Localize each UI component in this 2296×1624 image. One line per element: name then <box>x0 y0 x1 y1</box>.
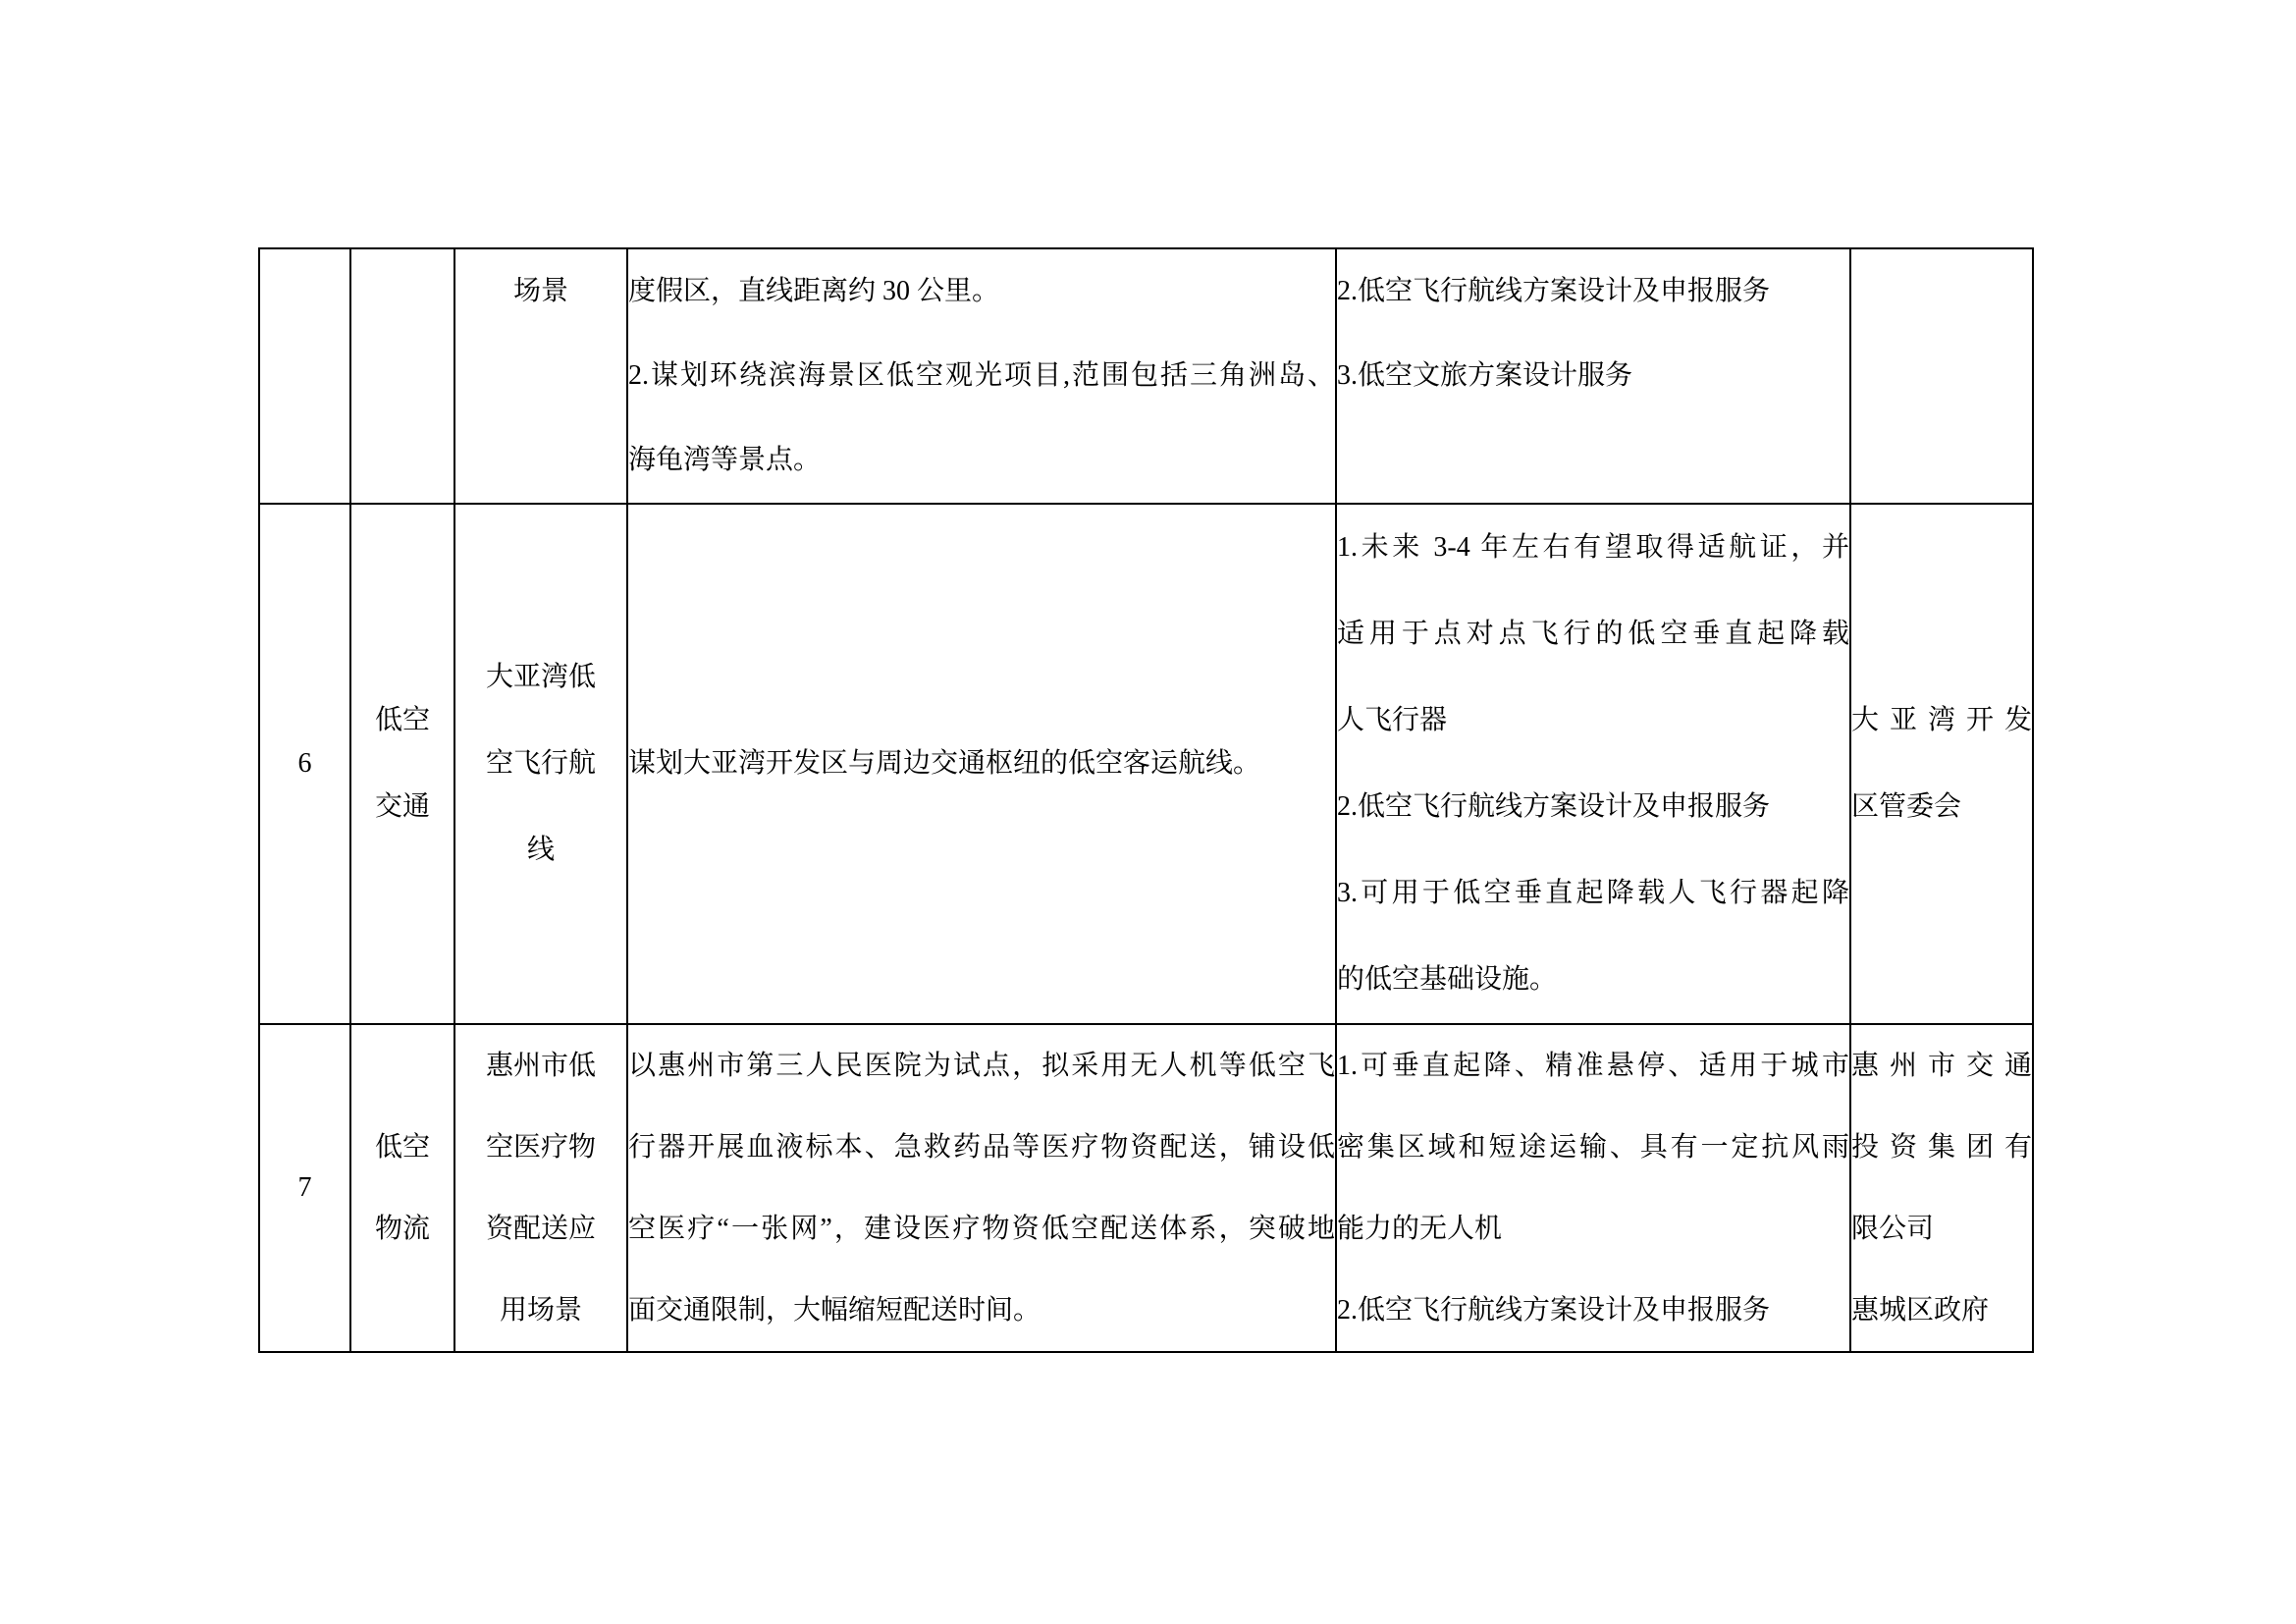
table-row: 6 低空交通 大亚湾低空飞行航线 谋划大亚湾开发区与周边交通枢纽的低空客运航线。… <box>259 504 2033 1024</box>
text-line: 度假区，直线距离约 30 公里。 <box>628 249 1335 334</box>
text-line: 惠城区政府 <box>1851 1270 2032 1351</box>
text-line: 2.低空飞行航线方案设计及申报服务 <box>1337 1270 1849 1351</box>
text-line: 海龟湾等景点。 <box>628 418 1335 503</box>
cell-project-name: 场景 <box>454 248 627 504</box>
text-line: 能力的无人机 <box>1337 1188 1849 1270</box>
text-line: 空医疗物 <box>455 1107 626 1188</box>
document-page: 场景 度假区，直线距离约 30 公里。2.谋划环绕滨海景区低空观光项目,范围包括… <box>0 0 2296 1624</box>
cell-description: 度假区，直线距离约 30 公里。2.谋划环绕滨海景区低空观光项目,范围包括三角洲… <box>627 248 1336 504</box>
cell-description: 谋划大亚湾开发区与周边交通枢纽的低空客运航线。 <box>627 504 1336 1024</box>
text-line: 人飞行器 <box>1337 677 1849 764</box>
text-line: 3.可用于低空垂直起降载人飞行器起降 <box>1337 850 1849 937</box>
project-table: 场景 度假区，直线距离约 30 公里。2.谋划环绕滨海景区低空观光项目,范围包括… <box>258 247 2034 1353</box>
cell-requirements: 1.可垂直起降、精准悬停、适用于城市密集区域和短途运输、具有一定抗风雨能力的无人… <box>1336 1024 1850 1352</box>
cell-owner: 大亚湾开发区管委会 <box>1850 504 2033 1024</box>
cell-description: 以惠州市第三人民医院为试点，拟采用无人机等低空飞行器开展血液标本、急救药品等医疗… <box>627 1024 1336 1352</box>
cell-category <box>350 248 454 504</box>
table-row: 7 低空物流 惠州市低空医疗物资配送应用场景 以惠州市第三人民医院为试点，拟采用… <box>259 1024 2033 1352</box>
text-line: 行器开展血液标本、急救药品等医疗物资配送，铺设低 <box>628 1107 1335 1188</box>
text-line: 空医疗“一张网”，建设医疗物资低空配送体系，突破地 <box>628 1188 1335 1270</box>
text-line: 2.谋划环绕滨海景区低空观光项目,范围包括三角洲岛、 <box>628 334 1335 418</box>
text-line: 面交通限制，大幅缩短配送时间。 <box>628 1270 1335 1351</box>
text-line: 低空 <box>351 1107 454 1188</box>
text-line: 交通 <box>351 764 454 850</box>
text-line: 3.低空文旅方案设计服务 <box>1337 334 1849 418</box>
text-line: 谋划大亚湾开发区与周边交通枢纽的低空客运航线。 <box>628 721 1335 807</box>
text-line: 密集区域和短途运输、具有一定抗风雨 <box>1337 1107 1849 1188</box>
cell-requirements: 2.低空飞行航线方案设计及申报服务3.低空文旅方案设计服务 <box>1336 248 1850 504</box>
text-line: 限公司 <box>1851 1188 2032 1270</box>
text-line: 适用于点对点飞行的低空垂直起降载 <box>1337 591 1849 677</box>
text-line: 以惠州市第三人民医院为试点，拟采用无人机等低空飞 <box>628 1025 1335 1107</box>
cell-owner <box>1850 248 2033 504</box>
text-line: 大亚湾开发 <box>1851 677 2032 764</box>
text-line: 线 <box>455 807 626 893</box>
cell-project-name: 大亚湾低空飞行航线 <box>454 504 627 1024</box>
text-line: 物流 <box>351 1188 454 1270</box>
text-line: 低空 <box>351 677 454 764</box>
text-line: 惠州市交通 <box>1851 1025 2032 1107</box>
cell-row-number: 6 <box>259 504 350 1024</box>
text-line: 惠州市低 <box>455 1025 626 1107</box>
text-line: 1.可垂直起降、精准悬停、适用于城市 <box>1337 1025 1849 1107</box>
cell-row-number: 7 <box>259 1024 350 1352</box>
text-line: 2.低空飞行航线方案设计及申报服务 <box>1337 249 1849 334</box>
text-line: 大亚湾低 <box>455 634 626 721</box>
text-line: 投资集团有 <box>1851 1107 2032 1188</box>
text-line: 1.未来 3-4 年左右有望取得适航证，并 <box>1337 505 1849 591</box>
text-line: 区管委会 <box>1851 764 2032 850</box>
cell-category: 低空交通 <box>350 504 454 1024</box>
text-line: 空飞行航 <box>455 721 626 807</box>
cell-row-number <box>259 248 350 504</box>
table-row-continuation: 场景 度假区，直线距离约 30 公里。2.谋划环绕滨海景区低空观光项目,范围包括… <box>259 248 2033 504</box>
text-line: 场景 <box>455 249 626 334</box>
cell-owner: 惠州市交通投资集团有限公司惠城区政府 <box>1850 1024 2033 1352</box>
cell-category: 低空物流 <box>350 1024 454 1352</box>
text-line: 的低空基础设施。 <box>1337 937 1849 1023</box>
text-line: 资配送应 <box>455 1188 626 1270</box>
cell-project-name: 惠州市低空医疗物资配送应用场景 <box>454 1024 627 1352</box>
text-line: 用场景 <box>455 1270 626 1351</box>
cell-requirements: 1.未来 3-4 年左右有望取得适航证，并适用于点对点飞行的低空垂直起降载人飞行… <box>1336 504 1850 1024</box>
text-line: 2.低空飞行航线方案设计及申报服务 <box>1337 764 1849 850</box>
